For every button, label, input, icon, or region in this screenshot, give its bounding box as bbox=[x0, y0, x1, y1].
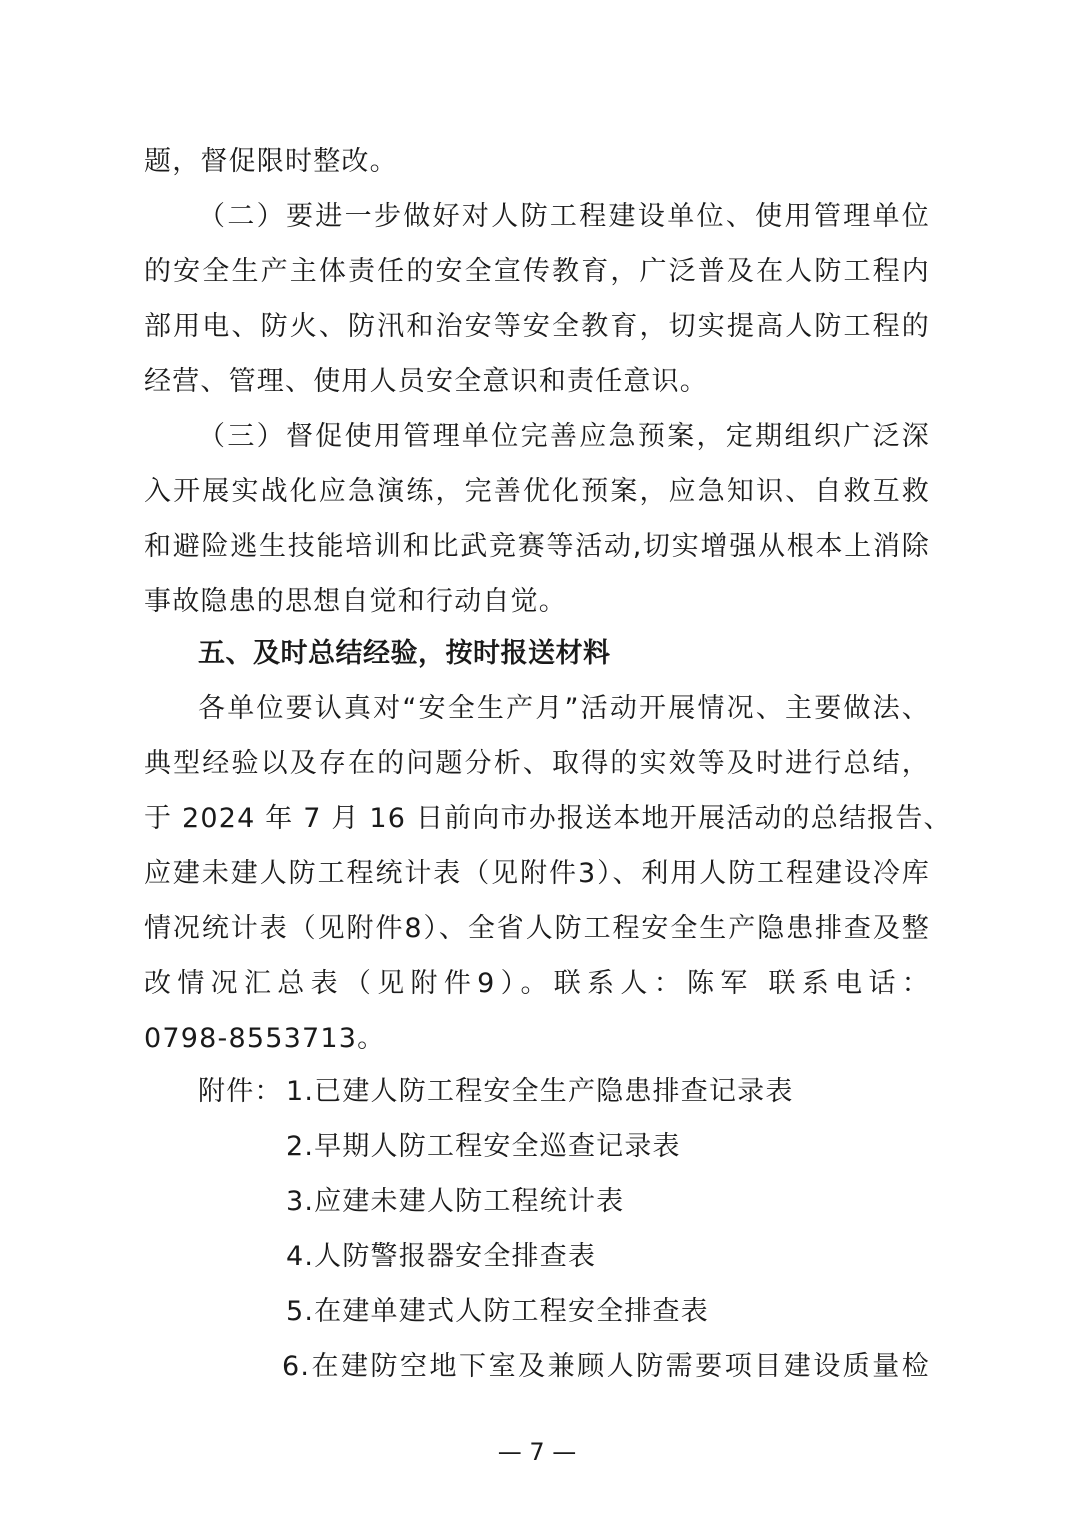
attachment-item: 4.人防警报器安全排查表 bbox=[286, 1239, 596, 1275]
text-line: 和避险逃生技能培训和比武竞赛等活动,切实增强从根本上消除 bbox=[144, 529, 930, 565]
text-line: 0798-8553713。 bbox=[144, 1021, 385, 1057]
attachments-label: 附件： bbox=[198, 1074, 283, 1110]
text-line: （三）督促使用管理单位完善应急预案，定期组织广泛深 bbox=[198, 419, 930, 455]
text-line: 的安全生产主体责任的安全宣传教育，广泛普及在人防工程内 bbox=[144, 254, 930, 290]
attachment-item: 6.在建防空地下室及兼顾人防需要项目建设质量检 bbox=[282, 1349, 930, 1385]
attachment-item: 5.在建单建式人防工程安全排查表 bbox=[286, 1294, 709, 1330]
text-line: 经营、管理、使用人员安全意识和责任意识。 bbox=[144, 364, 708, 400]
text-line: （二）要进一步做好对人防工程建设单位、使用管理单位 bbox=[198, 199, 930, 235]
attachment-item: 2.早期人防工程安全巡查记录表 bbox=[286, 1129, 681, 1165]
text-line: 典型经验以及存在的问题分析、取得的实效等及时进行总结， bbox=[144, 746, 930, 782]
text-line: 改情况汇总表（见附件9）。联系人：陈军 联系电话： bbox=[144, 966, 930, 1002]
text-line: 于 2024 年 7 月 16 日前向市办报送本地开展活动的总结报告、 bbox=[144, 801, 930, 837]
document-page: 题，督促限时整改。（二）要进一步做好对人防工程建设单位、使用管理单位的安全生产主… bbox=[0, 0, 1074, 1520]
text-line: 情况统计表（见附件8）、全省人防工程安全生产隐患排查及整 bbox=[144, 911, 930, 947]
text-line: 部用电、防火、防汛和治安等安全教育，切实提高人防工程的 bbox=[144, 309, 930, 345]
attachment-item: 3.应建未建人防工程统计表 bbox=[286, 1184, 624, 1220]
text-line: 入开展实战化应急演练，完善优化预案，应急知识、自救互救 bbox=[144, 474, 930, 510]
text-line: 各单位要认真对“安全生产月”活动开展情况、主要做法、 bbox=[198, 691, 930, 727]
section-heading: 五、及时总结经验，按时报送材料 bbox=[198, 636, 611, 672]
page-number: — 7 — bbox=[0, 1438, 1074, 1466]
text-line: 题，督促限时整改。 bbox=[144, 144, 398, 180]
text-line: 事故隐患的思想自觉和行动自觉。 bbox=[144, 584, 567, 620]
text-line: 应建未建人防工程统计表（见附件3）、利用人防工程建设冷库 bbox=[144, 856, 930, 892]
attachment-item: 1.已建人防工程安全生产隐患排查记录表 bbox=[286, 1074, 794, 1110]
